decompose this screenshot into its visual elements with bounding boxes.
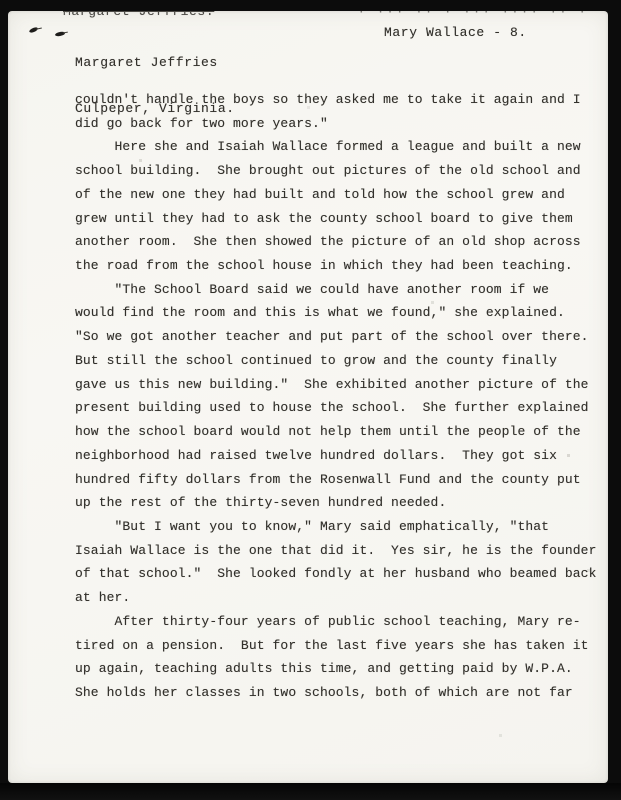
text-line: After thirty-four years of public school… xyxy=(75,610,596,634)
text-line: up the rest of the thirty-seven hundred … xyxy=(75,491,596,515)
text-line: did go back for two more years." xyxy=(75,112,596,136)
text-line: Here she and Isaiah Wallace formed a lea… xyxy=(75,135,596,159)
text-line: present building used to house the schoo… xyxy=(75,396,596,420)
paper-sheet: Margaret Jeffries. · ··· ·· · ··· ···· ·… xyxy=(8,11,608,783)
text-line: another room. She then showed the pictur… xyxy=(75,230,596,254)
text-line: grew until they had to ask the county sc… xyxy=(75,207,596,231)
struck-text-fragment: Margaret Jeffries. xyxy=(63,11,258,22)
text-line: "But I want you to know," Mary said emph… xyxy=(75,515,596,539)
text-line: at her. xyxy=(75,586,596,610)
text-line: neighborhood had raised twelve hundred d… xyxy=(75,444,596,468)
text-line: of the new one they had built and told h… xyxy=(75,183,596,207)
text-line: the road from the school house in which … xyxy=(75,254,596,278)
text-line: "The School Board said we could have ano… xyxy=(75,278,596,302)
text-line: up again, teaching adults this time, and… xyxy=(75,657,596,681)
struck-text: Margaret Jeffries. xyxy=(63,11,258,19)
text-line: "So we got another teacher and put part … xyxy=(75,325,596,349)
top-edge-fragment-text: · ··· ·· · ··· ···· ·· · xyxy=(358,11,593,19)
page-label: Mary Wallace - 8. xyxy=(384,25,527,40)
text-line: how the school board would not help them… xyxy=(75,420,596,444)
text-line: of that school." She looked fondly at he… xyxy=(75,562,596,586)
paper-specks xyxy=(8,11,9,12)
text-line: school building. She brought out picture… xyxy=(75,159,596,183)
scanned-page: Margaret Jeffries. · ··· ·· · ··· ···· ·… xyxy=(0,0,621,800)
text-line: But still the school continued to grow a… xyxy=(75,349,596,373)
typed-body: couldn't handle the boys so they asked m… xyxy=(75,88,596,705)
pen-mark xyxy=(55,31,66,37)
text-line: tired on a pension. But for the last fiv… xyxy=(75,634,596,658)
top-edge-fragment: · ··· ·· · ··· ···· ·· · xyxy=(358,11,593,19)
author-name: Margaret Jeffries xyxy=(75,55,235,70)
text-line: Isaiah Wallace is the one that did it. Y… xyxy=(75,539,596,563)
text-line: hundred fifty dollars from the Rosenwall… xyxy=(75,468,596,492)
text-line: She holds her classes in two schools, bo… xyxy=(75,681,596,705)
text-line: gave us this new building." She exhibite… xyxy=(75,373,596,397)
pen-mark xyxy=(29,27,39,34)
text-line: couldn't handle the boys so they asked m… xyxy=(75,88,596,112)
text-line: would find the room and this is what we … xyxy=(75,301,596,325)
